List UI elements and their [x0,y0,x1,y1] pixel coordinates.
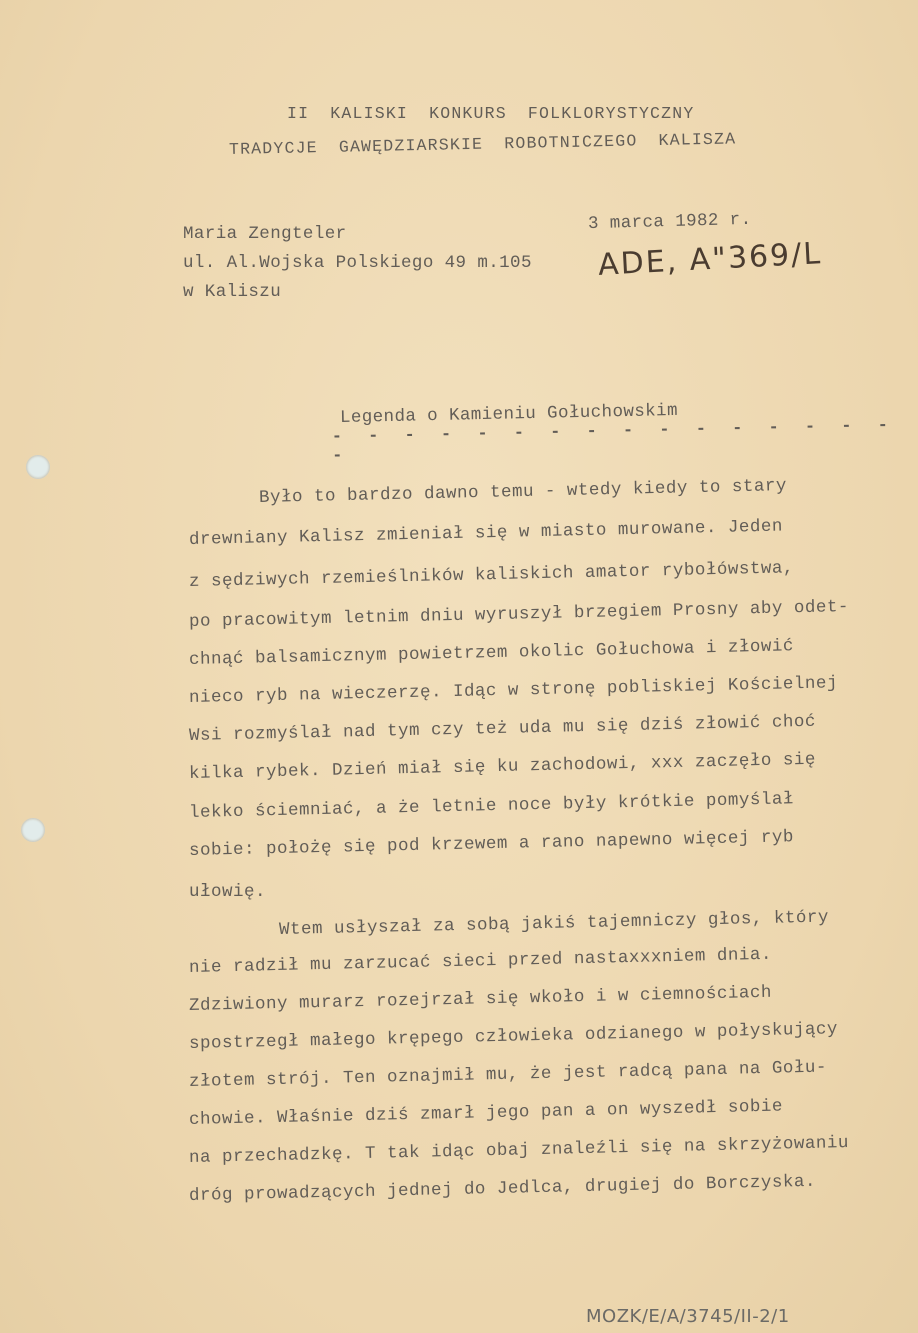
body-line: nieco ryb na wieczerzę. Idąc w stronę po… [189,673,838,708]
body-line: Wsi rozmyślał nad tym czy też uda mu się… [189,712,816,746]
body-line: na przechadzkę. T tak idąc obaj znaleźli… [189,1133,849,1168]
body-line: z sędziwych rzemieślników kaliskich amat… [189,558,794,592]
punch-hole-top [26,455,50,479]
body-line: sobie: położę się pod krzewem a rano nap… [189,827,794,861]
author-address: ul. Al.Wojska Polskiego 49 m.105 [183,253,532,273]
archive-handwritten-note: ADE, A"369/L [597,236,823,283]
body-line: kilka rybek. Dzień miał się ku zachodowi… [189,750,816,784]
body-line: spostrzegł małego krępego człowieka odzi… [189,1019,838,1054]
body-line: drewniany Kalisz zmieniał się w miasto m… [189,517,783,550]
body-line: dróg prowadzących jednej do Jedlca, drug… [189,1172,816,1206]
body-line: lekko ściemniać, a że letnie noce były k… [189,789,794,823]
body-line: Wtem usłyszał za sobą jakiś tajemniczy g… [279,908,829,940]
body-line: złotem strój. Ten oznajmił mu, że jest r… [189,1058,827,1092]
body-line: po pracowitym letnim dniu wyruszył brzeg… [189,597,849,632]
body-line: Było to bardzo dawno temu - wtedy kiedy … [259,476,787,508]
author-name: Maria Zengteler [183,224,347,244]
body-line: ułowię. [189,882,266,902]
document-page: II KALISKI KONKURS FOLKLORYSTYCZNY TRADY… [0,0,918,1333]
body-line: Zdziwiony murarz rozejrzał się wkoło i w… [189,983,772,1016]
document-date: 3 marca 1982 r. [588,210,752,234]
author-city: w Kaliszu [183,282,281,302]
archive-signature: MOZK/E/A/3745/II-2/1 [586,1306,790,1327]
body-line: nie radził mu zarzucać sieci przed nasta… [189,945,772,978]
body-line: chowie. Właśnie dziś zmarł jego pan a on… [189,1097,783,1130]
header-line-1: II KALISKI KONKURS FOLKLORYSTYCZNY [287,104,694,123]
punch-hole-bottom [21,818,45,842]
header-line-2: TRADYCJE GAWĘDZIARSKIE ROBOTNICZEGO KALI… [229,129,737,159]
body-line: chnąć balsamicznym powietrzem okolic Goł… [189,636,794,670]
